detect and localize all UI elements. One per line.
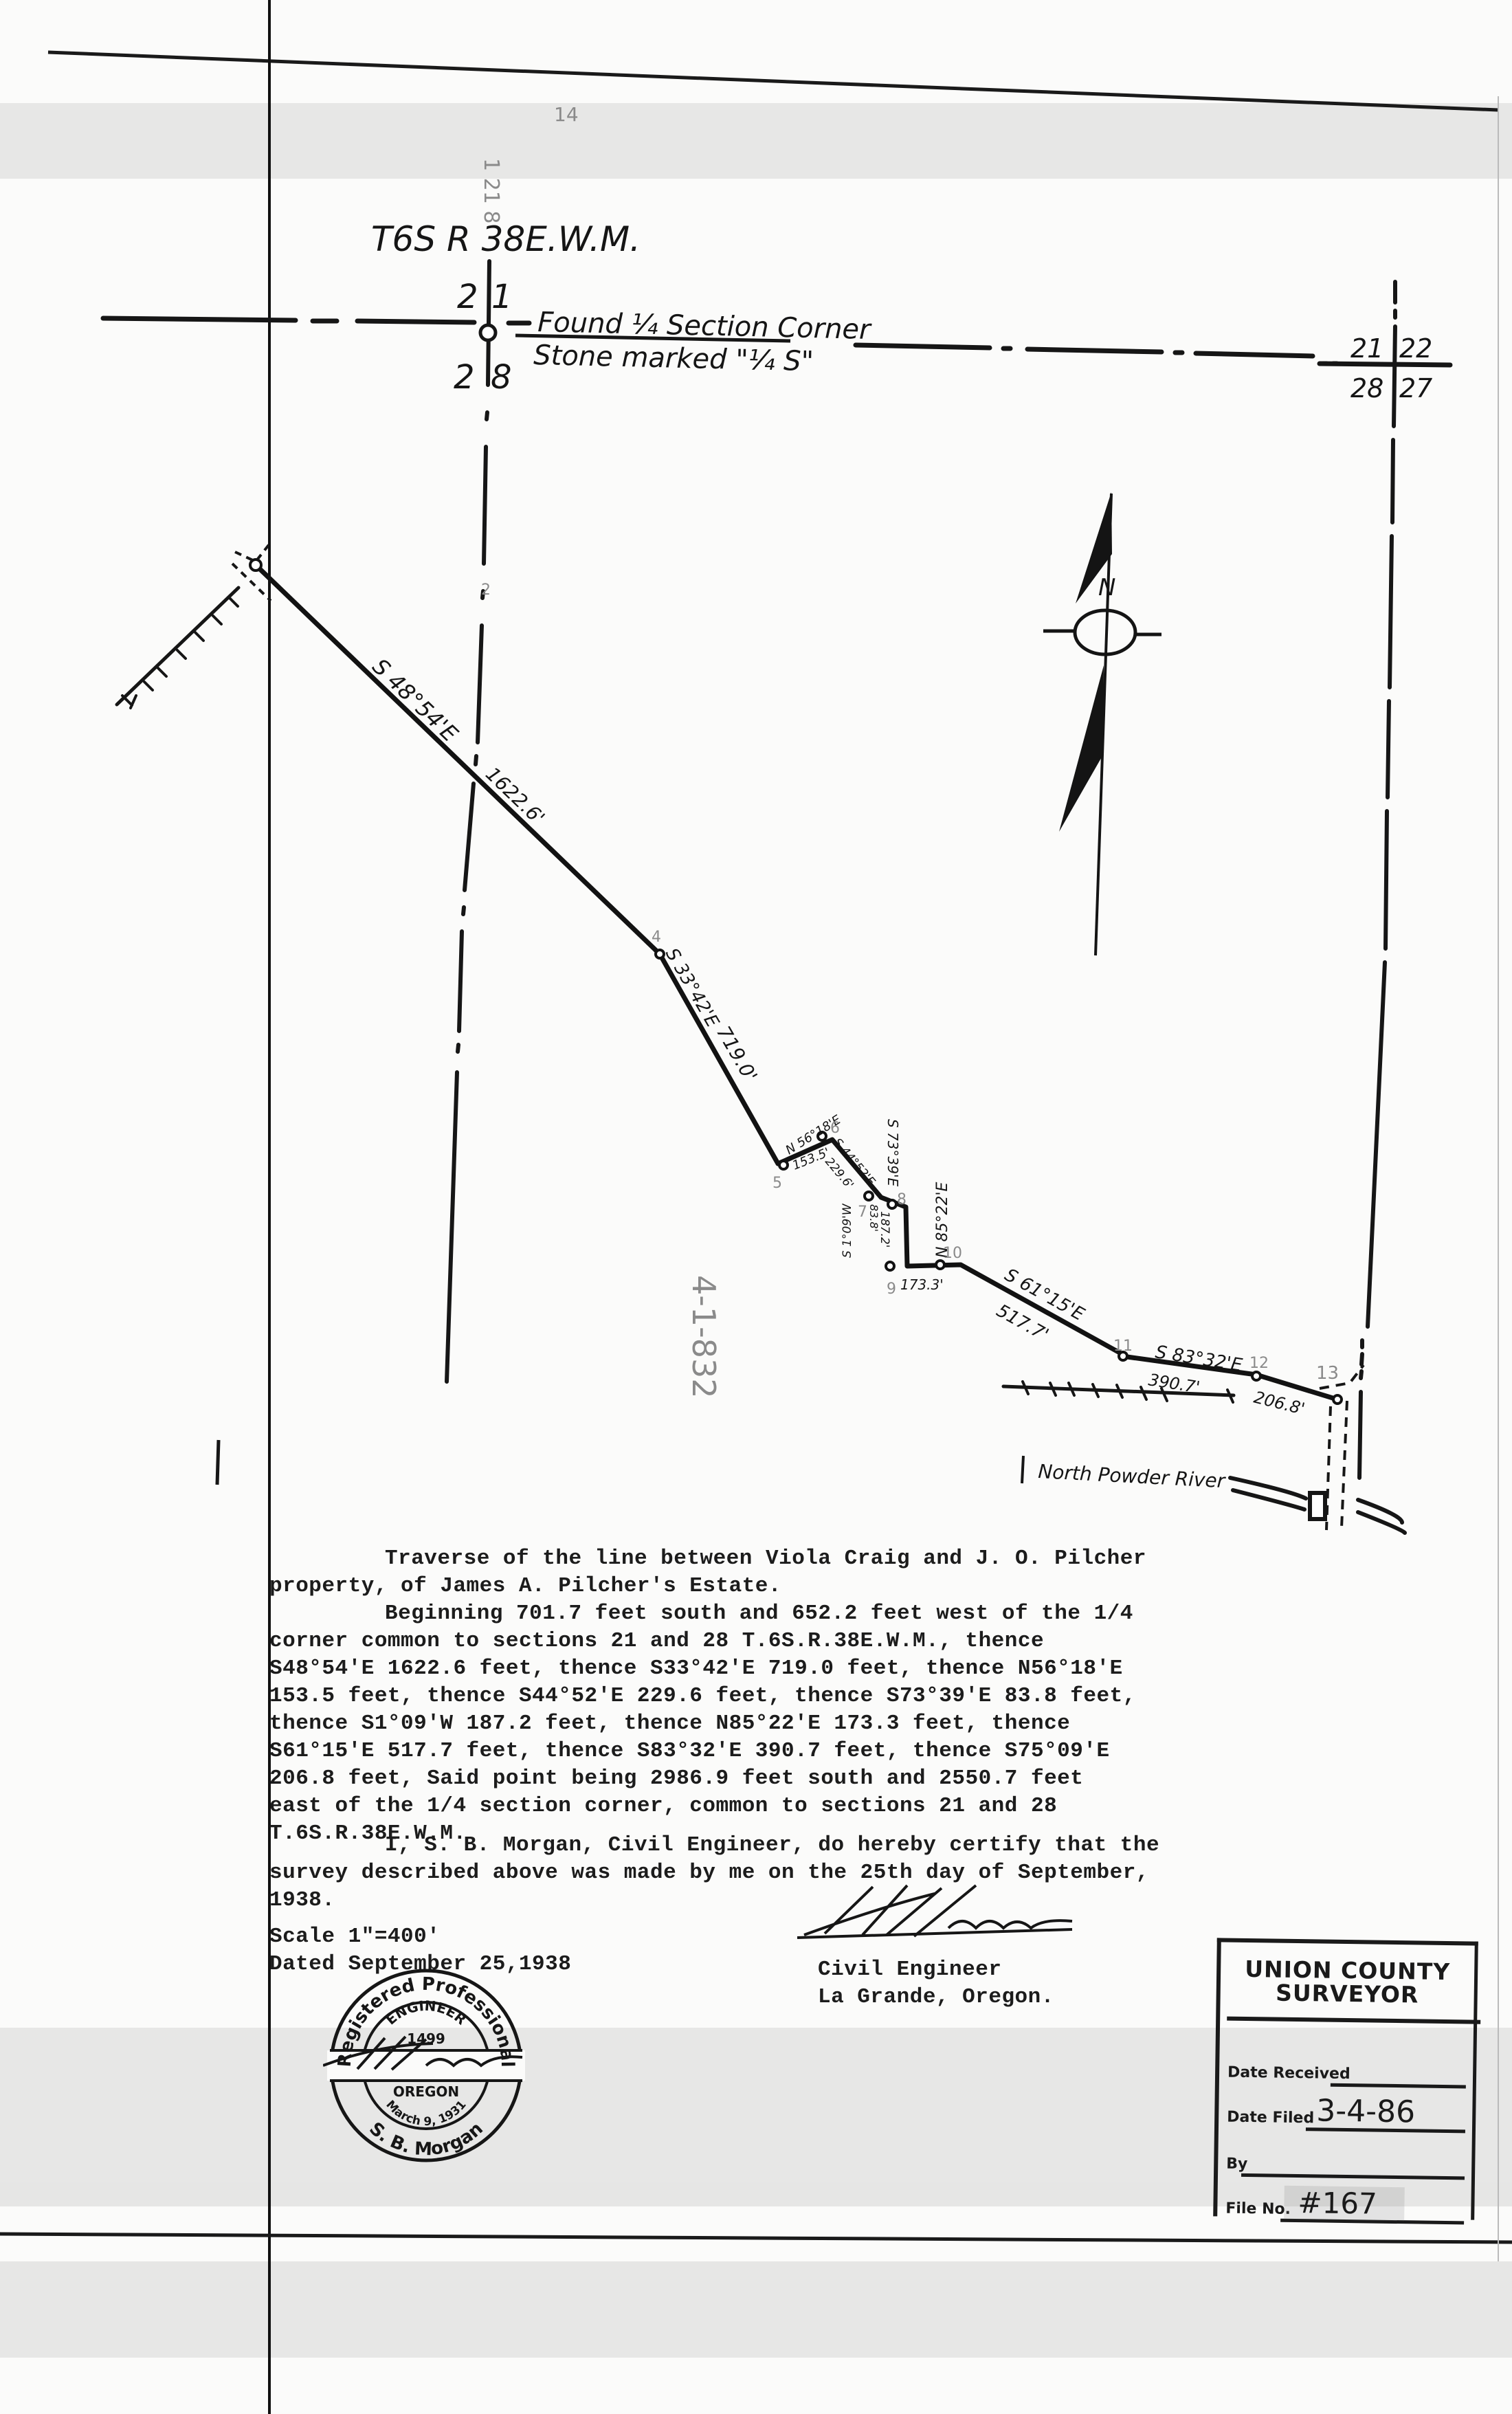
engineer-seal-stamp: Registered Professional ENGINEER 1499 OR… — [323, 1962, 529, 2169]
file-number-label: File No. — [1225, 2200, 1291, 2218]
date-received-label: Date Received — [1227, 2064, 1350, 2083]
engineer-location: La Grande, Oregon. — [818, 1984, 1054, 2011]
point-label-13: 13 — [1316, 1363, 1339, 1384]
leg-9-bearing: S 83°32'E — [1154, 1342, 1244, 1376]
seal-state: OREGON — [393, 2083, 459, 2100]
date-filed-value: 3-4-86 — [1316, 2093, 1415, 2129]
section-label-ne: 1 — [491, 278, 513, 316]
traverse-line: Traverse of the line between Viola Craig… — [269, 1545, 1146, 1573]
date-filed-label: Date Filed — [1227, 2109, 1314, 2127]
point-label-10: 10 — [943, 1245, 962, 1262]
section-line-east — [1359, 282, 1395, 1478]
river-label: North Powder River — [1038, 1460, 1227, 1492]
traverse-line: Beginning 701.7 feet south and 652.2 fee… — [269, 1600, 1146, 1628]
pencil-note-vertical: 4-1-832 — [685, 1275, 722, 1399]
east-section-label-sw: 28 — [1350, 373, 1383, 403]
scale-text: Scale 1"=400' — [269, 1923, 571, 1951]
traverse-line: S48°54'E 1622.6 feet, thence S33°42'E 71… — [269, 1655, 1146, 1683]
bottom-border-line — [0, 2234, 1512, 2242]
survey-plat-sheet: N T6S R 38E.W.M. 2 1 2 8 Found ¼ Section… — [0, 0, 1512, 2414]
leg-6-distance: 187.2' — [878, 1211, 891, 1248]
top-border-line — [48, 52, 1498, 110]
north-powder-river — [1230, 1478, 1405, 1533]
engineer-block: Civil EngineerLa Grande, Oregon. — [818, 1929, 1054, 2039]
found-corner-note-line2: Stone marked "¼ S" — [533, 340, 814, 377]
seal-inner-top-text: ENGINEER — [382, 1997, 469, 2028]
file-number-field: File No. #167 — [1225, 2182, 1465, 2226]
quarter-line-west — [447, 261, 489, 1382]
by-label: By — [1226, 2156, 1247, 2173]
point-label-11: 11 — [1113, 1338, 1133, 1355]
north-arrow-icon — [1043, 492, 1161, 955]
point-label-9: 9 — [887, 1281, 896, 1298]
point-label-7: 7 — [858, 1204, 867, 1221]
by-field: By — [1226, 2137, 1465, 2182]
east-section-label-nw: 21 — [1350, 333, 1383, 364]
found-corner-note-line1: Found ¼ Section Corner — [537, 307, 873, 346]
stamp-divider — [1227, 2017, 1480, 2024]
leg-5-bearing: S 73°39'E — [885, 1119, 901, 1186]
engineer-title: Civil Engineer — [818, 1956, 1054, 1984]
north-arrow-label: N — [1098, 574, 1115, 601]
seal-date: March 9, 1931 — [383, 2098, 469, 2129]
traverse-line: thence S1°09'W 187.2 feet, thence N85°22… — [269, 1710, 1146, 1738]
traverse-line: S61°15'E 517.7 feet, thence S83°32'E 390… — [269, 1738, 1146, 1765]
traverse-line: 206.8 feet, Said point being 2986.9 feet… — [269, 1765, 1146, 1793]
east-section-label-ne: 22 — [1399, 333, 1432, 364]
fence-line-northwest — [117, 588, 238, 708]
point-label-5: 5 — [772, 1175, 782, 1192]
township-range-label: T6S R 38E.W.M. — [371, 219, 641, 259]
date-received-field: Date Received — [1227, 2046, 1467, 2090]
leg-8-distance: 517.7' — [993, 1300, 1052, 1346]
date-filed-field: Date Filed 3-4-86 — [1227, 2090, 1466, 2135]
date-received-line — [1331, 2083, 1466, 2089]
point-label-6: 6 — [830, 1120, 840, 1137]
leg-1-bearing: S 48°54'E — [367, 653, 463, 747]
leg-1-distance: 1622.6' — [481, 762, 549, 829]
point-label-4: 4 — [652, 929, 661, 946]
traverse-line: property, of James A. Pilcher's Estate. — [269, 1573, 1146, 1600]
stamp-title: UNION COUNTY SURVEYOR — [1221, 1957, 1475, 2007]
union-county-surveyor-stamp: UNION COUNTY SURVEYOR Date Received Date… — [1213, 1938, 1478, 2219]
leg-6-bearing: S 1°09'W — [841, 1203, 854, 1258]
point-label-8: 8 — [897, 1191, 907, 1208]
file-number-value: #167 — [1284, 2186, 1405, 2221]
river-marker-tick — [1022, 1456, 1023, 1483]
leg-7-distance: 173.3' — [900, 1276, 944, 1293]
left-margin-tick — [217, 1440, 219, 1485]
section-label-sw: 2 — [454, 358, 475, 397]
east-section-label-se: 27 — [1399, 373, 1432, 403]
traverse-line: 153.5 feet, thence S44°52'E 229.6 feet, … — [269, 1683, 1146, 1710]
pencil-note-margin: 2 — [481, 582, 491, 599]
traverse-line: corner common to sections 21 and 28 T.6S… — [269, 1628, 1146, 1655]
by-line — [1241, 2173, 1465, 2180]
section-label-se: 8 — [491, 358, 512, 397]
certification-line: I, S. B. Morgan, Civil Engineer, do here… — [269, 1832, 1159, 1859]
leg-10-distance: 206.8' — [1252, 1388, 1307, 1419]
pencil-note-top: 1 21 8 — [479, 158, 503, 223]
point-label-12: 12 — [1249, 1355, 1269, 1372]
leg-2-bearing: S 33°42'E — [661, 945, 723, 1032]
pencil-note-top-arrow: 14 — [554, 103, 579, 126]
found-section-corner-marker — [480, 325, 496, 340]
leg-2-distance: 719.0' — [712, 1022, 762, 1086]
section-label-nw: 2 — [457, 278, 478, 316]
